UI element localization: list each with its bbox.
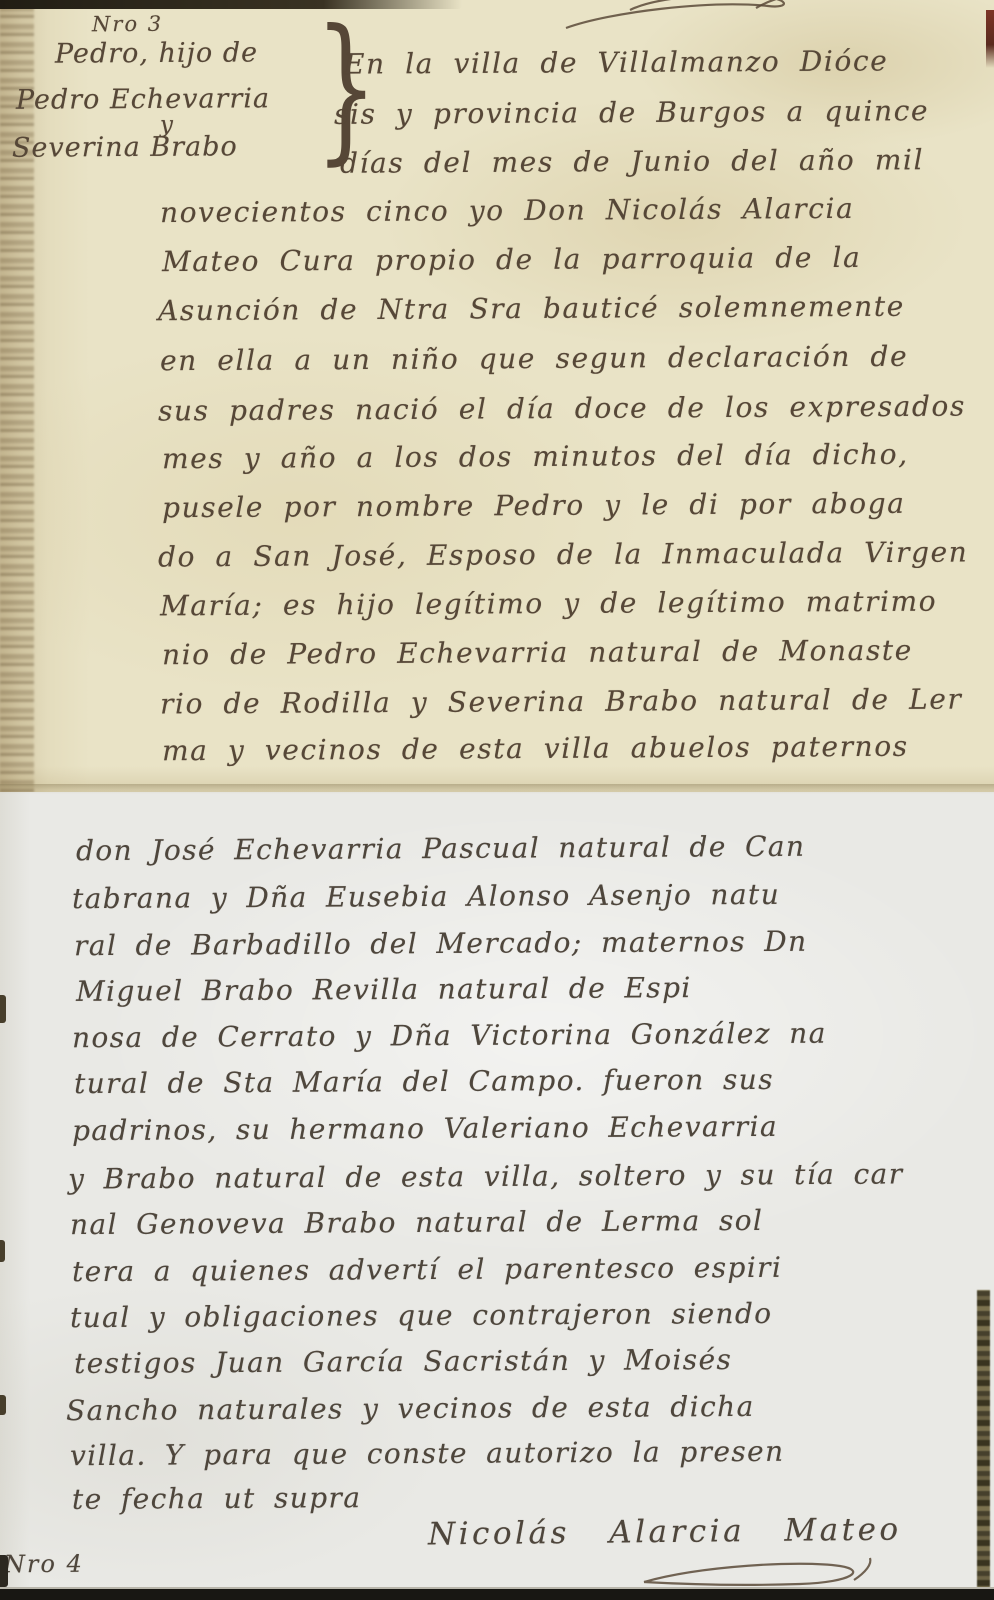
page2-record-number: Nro 4 — [4, 1550, 84, 1578]
text-line: testigos Juan García Sacristán y Moisés — [74, 1343, 732, 1380]
text-line: novecientos cinco yo Don Nicolás Alarcia — [160, 192, 855, 229]
margin-name-line-2: Pedro Echevarria — [16, 83, 270, 116]
text-line: tabrana y Dña Eusebia Alonso Asenjo natu — [72, 878, 780, 915]
text-line: En la villa de Villalmanzo Dióce — [344, 44, 889, 80]
margin-name-line-1: Pedro, hijo de — [55, 37, 258, 69]
text-line: María; es hijo legítimo y de legítimo ma… — [160, 585, 937, 623]
scan-edge-top-bar — [0, 0, 462, 9]
scanned-baptismal-record: Nro 3 Pedro, hijo de Pedro Echevarria y … — [0, 0, 994, 1600]
text-line: tual y obligaciones que contrajeron sien… — [70, 1297, 773, 1334]
margin-brace: } — [315, 22, 377, 154]
text-line: nosa de Cerrato y Dña Victorina González… — [72, 1017, 827, 1055]
text-line: te fecha ut supra — [72, 1481, 362, 1516]
scan-edge-mark — [0, 1240, 5, 1262]
text-line: nal Genoveva Brabo natural de Lerma sol — [70, 1204, 764, 1241]
page2-paper: don José Echevarria Pascual natural de C… — [0, 792, 994, 1600]
margin-name-line-4: Severina Brabo — [12, 131, 238, 163]
text-line: y Brabo natural de esta villa, soltero y… — [68, 1157, 904, 1195]
text-line: padrinos, su hermano Valeriano Echevarri… — [72, 1110, 778, 1147]
text-line: pusele por nombre Pedro y le di por abog… — [162, 487, 906, 525]
page1-paper: Nro 3 Pedro, hijo de Pedro Echevarria y … — [0, 0, 994, 792]
text-line: nio de Pedro Echevarria natural de Monas… — [162, 634, 913, 672]
scan-edge-right-strip — [977, 1290, 990, 1600]
text-line: en ella a un niño que segun declaración … — [160, 340, 908, 378]
scan-edge-mark — [0, 995, 6, 1023]
text-line: tural de Sta María del Campo. fueron sus — [74, 1063, 774, 1100]
text-line: rio de Rodilla y Severina Brabo natural … — [160, 683, 963, 721]
text-line: Asunción de Ntra Sra bauticé solemnement… — [158, 290, 905, 328]
text-line: do a San José, Esposo de la Inmaculada V… — [158, 536, 969, 574]
page1-left-edge-texture — [0, 0, 34, 792]
scan-edge-red-mark — [986, 10, 994, 68]
text-line: villa. Y para que conste autorizo la pre… — [70, 1435, 785, 1472]
text-line: Sancho naturales y vecinos de esta dicha — [66, 1390, 755, 1427]
text-line: ma y vecinos de esta villa abuelos pater… — [162, 730, 909, 768]
priest-signature: Nicolás Alarcia Mateo — [428, 1512, 902, 1553]
scan-edge-mark — [0, 1555, 8, 1587]
text-line: Mateo Cura propio de la parroquia de la — [162, 241, 862, 278]
scan-edge-mark — [0, 1395, 6, 1415]
rubric-flourish-top — [560, 0, 800, 38]
scan-edge-bottom-band — [0, 1587, 994, 1600]
text-line: tera a quienes advertí el parentesco esp… — [72, 1251, 782, 1288]
text-line: sis y provincia de Burgos a quince — [334, 94, 929, 131]
page1-record-number: Nro 3 — [92, 12, 163, 36]
page-seam-shadow — [0, 784, 994, 794]
text-line: mes y año a los dos minutos del día dich… — [162, 438, 909, 476]
text-line: sus padres nació el día doce de los expr… — [158, 390, 966, 428]
text-line: Miguel Brabo Revilla natural de Espi — [76, 971, 692, 1008]
text-line: ral de Barbadillo del Mercado; maternos … — [74, 925, 808, 962]
text-line: don José Echevarria Pascual natural de C… — [76, 830, 806, 867]
text-line: días del mes de Junio del año mil — [340, 143, 924, 180]
